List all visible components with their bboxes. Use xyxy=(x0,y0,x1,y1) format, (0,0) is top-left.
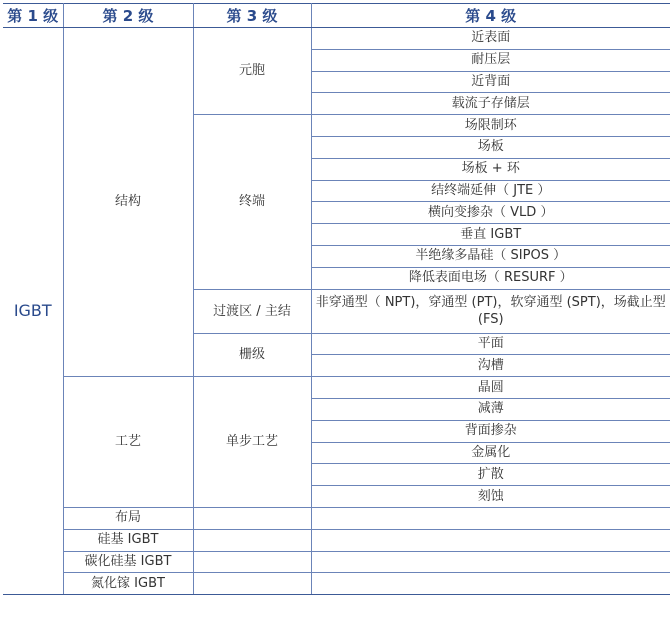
level2-gan-igbt: 氮化镓 IGBT xyxy=(63,573,193,595)
level4-item: 沟槽 xyxy=(311,355,670,377)
level4-item: 减薄 xyxy=(311,398,670,420)
level4-item: 场限制环 xyxy=(311,115,670,137)
header-level-2: 第 2 级 xyxy=(63,4,193,28)
level3-gate: 栅级 xyxy=(193,333,311,377)
level4-item: 平面 xyxy=(311,333,670,355)
level3-cell: 元胞 xyxy=(193,28,311,115)
level3-single-step: 单步工艺 xyxy=(193,377,311,508)
table-row: 布局 xyxy=(3,507,670,529)
table-row: 工艺 单步工艺 晶圆 xyxy=(3,377,670,399)
empty-cell xyxy=(311,529,670,551)
level4-item: 扩散 xyxy=(311,464,670,486)
header-row: 第 1 级 第 2 级 第 3 级 第 4 级 xyxy=(3,4,670,28)
level2-process: 工艺 xyxy=(63,377,193,508)
level2-layout: 布局 xyxy=(63,507,193,529)
level4-item: 近表面 xyxy=(311,28,670,50)
empty-cell xyxy=(193,507,311,529)
level4-item: 降低表面电场（ RESURF ） xyxy=(311,267,670,289)
level4-item: 晶圆 xyxy=(311,377,670,399)
header-level-1: 第 1 级 xyxy=(3,4,63,28)
level4-item: 结终端延伸（ JTE ） xyxy=(311,180,670,202)
level4-item: 半绝缘多晶硅（ SIPOS ） xyxy=(311,245,670,267)
level4-item: 刻蚀 xyxy=(311,486,670,508)
level4-item: 金属化 xyxy=(311,442,670,464)
level4-item: 背面掺杂 xyxy=(311,420,670,442)
level4-item: 载流子存储层 xyxy=(311,93,670,115)
empty-cell xyxy=(193,551,311,573)
level2-si-igbt: 硅基 IGBT xyxy=(63,529,193,551)
level4-item: 垂直 IGBT xyxy=(311,224,670,246)
level4-item: 耐压层 xyxy=(311,49,670,71)
empty-cell xyxy=(311,507,670,529)
level4-item: 场板 + 环 xyxy=(311,158,670,180)
level3-termination: 终端 xyxy=(193,115,311,289)
header-level-3: 第 3 级 xyxy=(193,4,311,28)
empty-cell xyxy=(193,529,311,551)
level2-sic-igbt: 碳化硅基 IGBT xyxy=(63,551,193,573)
level4-item: 非穿通型（ NPT)，穿通型 (PT)，软穿通型 (SPT)，场截止型 (FS) xyxy=(311,289,670,333)
level4-item: 场板 xyxy=(311,136,670,158)
header-level-4: 第 4 级 xyxy=(311,4,670,28)
table-row: 碳化硅基 IGBT xyxy=(3,551,670,573)
level1-igbt: IGBT xyxy=(3,28,63,595)
table-row: IGBT 结构 元胞 近表面 xyxy=(3,28,670,50)
table-row: 氮化镓 IGBT xyxy=(3,573,670,595)
empty-cell xyxy=(311,551,670,573)
table-row: 硅基 IGBT xyxy=(3,529,670,551)
level2-structure: 结构 xyxy=(63,28,193,377)
level4-item: 近背面 xyxy=(311,71,670,93)
level4-item: 横向变掺杂（ VLD ） xyxy=(311,202,670,224)
empty-cell xyxy=(311,573,670,595)
level3-transition: 过渡区 / 主结 xyxy=(193,289,311,333)
empty-cell xyxy=(193,573,311,595)
igbt-classification-table: 第 1 级 第 2 级 第 3 级 第 4 级 IGBT 结构 元胞 近表面 耐… xyxy=(3,3,670,595)
